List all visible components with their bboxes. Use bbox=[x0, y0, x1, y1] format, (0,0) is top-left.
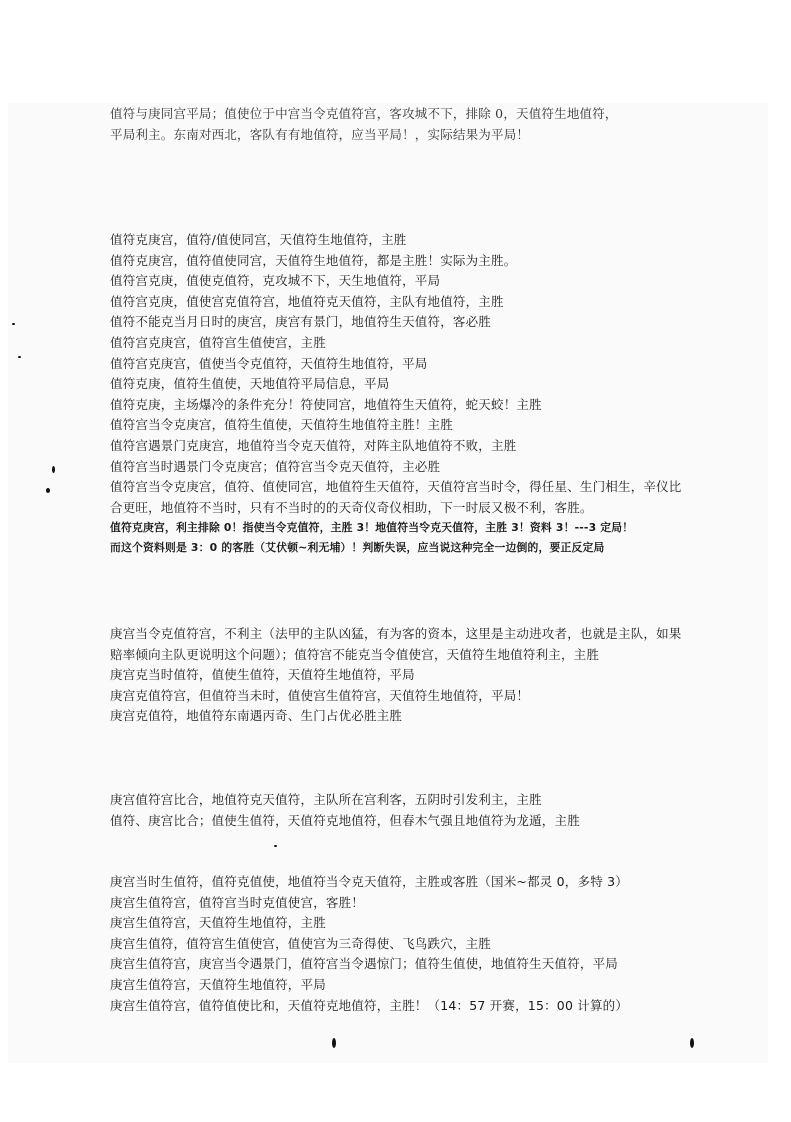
text-line: 值符宫克庚宫，值使当令克值符，天值符生地值符，平局 bbox=[110, 354, 690, 375]
text-line: 庚宫生值符宫，值符宫当时克值使宫，客胜！ bbox=[110, 893, 690, 914]
text-line: 值符不能克当月日时的庚宫，庚宫有景门，地值符生天值符，客必胜 bbox=[110, 312, 690, 333]
text-line: 庚宫生值符宫，值符值使比和，天值符克地值符，主胜！（14：57 开赛，15：00… bbox=[110, 996, 690, 1017]
scan-speck bbox=[420, 523, 422, 525]
text-line: 值符宫遇景门克庚宫，地值符当令克天值符，对阵主队地值符不败，主胜 bbox=[110, 436, 690, 457]
text-line: 庚宫当时生值符，值符克值使，地值符当令克天值符，主胜或客胜（国米~都灵 0，多特… bbox=[110, 872, 690, 893]
text-line: 值符宫当时遇景门令克庚宫；值符宫当令克天值符，主必胜 bbox=[110, 457, 690, 478]
scan-speck bbox=[690, 1038, 694, 1048]
text-line: 庚宫克当时值符，值使生值符，天值符生地值符，平局 bbox=[110, 665, 690, 686]
geng-ke-zhifu-section: 庚宫当令克值符宫，不利主（法甲的主队凶猛，有为客的资本，这里是主动进攻者，也就是… bbox=[110, 624, 690, 727]
text-line: 庚宫值符宫比合，地值符克天值符，主队所在宫利客，五阴时引发利主，主胜 bbox=[110, 790, 690, 811]
text-line: 值符克庚，主场爆冷的条件充分！符使同宫，地值符生天值符，蛇天蛟！主胜 bbox=[110, 395, 690, 416]
note-line: 而这个资料则是 3：0 的客胜（艾伏顿~利无埔）！判断失误，应当说这种完全一边倒… bbox=[110, 538, 690, 558]
text-line: 值符宫当令克庚宫，值符生值使，天值符生地值符主胜！主胜 bbox=[110, 415, 690, 436]
text-line: 庚宫克值符宫，但值符当未时，值使宫生值符宫，天值符生地值符，平局！ bbox=[110, 686, 690, 707]
text-line: 值符、庚宫比合；值使生值符，天值符克地值符，但春木气强且地值符为龙遁，主胜 bbox=[110, 811, 690, 832]
text-line: 庚宫生值符，值符宫生值使宫，值使宫为三奇得使、飞鸟跌穴，主胜 bbox=[110, 934, 690, 955]
scan-speck bbox=[274, 845, 277, 847]
scan-speck bbox=[332, 1038, 336, 1048]
text-line: 平局利主。东南对西北，客队有有地值符，应当平局！，实际结果为平局！ bbox=[110, 125, 690, 146]
scan-speck bbox=[12, 323, 15, 325]
scan-speck bbox=[52, 466, 55, 473]
text-line: 庚宫克值符，地值符东南遇丙奇、生门占优必胜主胜 bbox=[110, 706, 690, 727]
bihe-section: 庚宫值符宫比合，地值符克天值符，主队所在宫利客，五阴时引发利主，主胜 值符、庚宫… bbox=[110, 790, 690, 831]
note-line: 值符克庚宫，利主排除 0！指使当令克值符，主胜 3！地值符当令克天值符，主胜 3… bbox=[110, 518, 690, 538]
text-line: 庚宫生值符宫，庚宫当令遇景门，值符宫当令遇惊门；值符生值使，地值符生天值符，平局 bbox=[110, 954, 690, 975]
scan-speck bbox=[46, 488, 50, 493]
text-line: 值符与庚同宫平局；值使位于中宫当令克值符宫，客攻城不下，排除 0，天值符生地值符… bbox=[110, 104, 690, 125]
geng-sheng-zhifu-section: 庚宫当时生值符，值符克值使，地值符当令克天值符，主胜或客胜（国米~都灵 0，多特… bbox=[110, 872, 690, 1016]
paragraph: 值符宫当令克庚宫，值符、值使同宫，地值符生天值符，天值符宫当时令，得任星、生门相… bbox=[110, 477, 690, 518]
text-line: 庚宫生值符宫，天值符生地值符，主胜 bbox=[110, 913, 690, 934]
text-line: 值符宫克庚，值使宫克值符宫，地值符克天值符，主队有地值符，主胜 bbox=[110, 292, 690, 313]
zhifu-ke-geng-section: 值符克庚宫，值符/值使同宫，天值符生地值符，主胜 值符克庚宫，值符值使同宫，天值… bbox=[110, 230, 690, 558]
text-line: 值符宫克庚，值使克值符，克攻城不下，天生地值符，平局 bbox=[110, 271, 690, 292]
paragraph: 庚宫当令克值符宫，不利主（法甲的主队凶猛，有为客的资本，这里是主动进攻者，也就是… bbox=[110, 624, 690, 665]
intro-section: 值符与庚同宫平局；值使位于中宫当令克值符宫，客攻城不下，排除 0，天值符生地值符… bbox=[110, 104, 690, 145]
text-line: 值符克庚宫，值符值使同宫，天值符生地值符，都是主胜！实际为主胜。 bbox=[110, 251, 690, 272]
text-line: 值符克庚宫，值符/值使同宫，天值符生地值符，主胜 bbox=[110, 230, 690, 251]
text-line: 值符宫克庚宫，值符宫生值使宫，主胜 bbox=[110, 333, 690, 354]
text-line: 庚宫生值符宫，天值符生地值符，平局 bbox=[110, 975, 690, 996]
scan-speck bbox=[18, 356, 21, 358]
text-line: 值符克庚，值符生值使，天地值符平局信息，平局 bbox=[110, 374, 690, 395]
